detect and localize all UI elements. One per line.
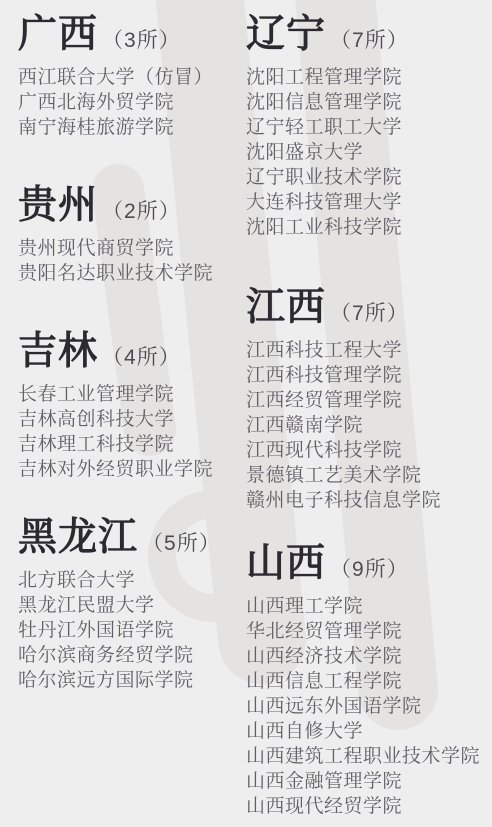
fake-universities-page: 广西（3所）西江联合大学（仿冒）广西北海外贸学院南宁海桂旅游学院贵州（2所）贵州… [0, 0, 492, 827]
province-count: （9所） [330, 547, 409, 592]
school-item: 景德镇工艺美术学院 [246, 463, 490, 488]
school-item: 沈阳工程管理学院 [246, 65, 490, 90]
school-item: 长春工业管理学院 [18, 382, 240, 407]
province-section: 吉林（4所）长春工业管理学院吉林高创科技大学吉林理工科技学院吉林对外经贸职业学院 [18, 329, 240, 482]
province-name: 吉林 [18, 329, 98, 374]
school-list: 贵州现代商贸学院贵阳名达职业技术学院 [18, 236, 240, 286]
school-item: 南宁海桂旅游学院 [18, 115, 240, 140]
school-item: 山西现代经贸学院 [246, 794, 490, 819]
province-section: 山西（9所）山西理工学院华北经贸管理学院山西经济技术学院山西信息工程学院山西远东… [246, 541, 490, 819]
school-item: 沈阳盛京大学 [246, 140, 490, 165]
school-item: 西江联合大学（仿冒） [18, 65, 240, 90]
school-list: 长春工业管理学院吉林高创科技大学吉林理工科技学院吉林对外经贸职业学院 [18, 382, 240, 482]
province-count: （7所） [330, 291, 409, 336]
school-item: 山西建筑工程职业技术学院 [246, 744, 490, 769]
school-item: 北方联合大学 [18, 568, 240, 593]
school-list: 北方联合大学黑龙江民盟大学牡丹江外国语学院哈尔滨商务经贸学院哈尔滨远方国际学院 [18, 568, 240, 693]
column-left: 广西（3所）西江联合大学（仿冒）广西北海外贸学院南宁海桂旅游学院贵州（2所）贵州… [18, 12, 240, 693]
province-section: 贵州（2所）贵州现代商贸学院贵阳名达职业技术学院 [18, 183, 240, 286]
school-item: 山西金融管理学院 [246, 769, 490, 794]
school-item: 吉林理工科技学院 [18, 432, 240, 457]
school-item: 山西理工学院 [246, 594, 490, 619]
province-count: （2所） [102, 189, 181, 234]
school-item: 大连科技管理大学 [246, 190, 490, 215]
school-item: 牡丹江外国语学院 [18, 618, 240, 643]
school-item: 沈阳信息管理学院 [246, 90, 490, 115]
school-list: 江西科技工程大学江西科技管理学院江西经贸管理学院江西赣南学院江西现代科技学院景德… [246, 338, 490, 513]
province-section: 江西（7所）江西科技工程大学江西科技管理学院江西经贸管理学院江西赣南学院江西现代… [246, 285, 490, 513]
province-section: 辽宁（7所）沈阳工程管理学院沈阳信息管理学院辽宁轻工职工大学沈阳盛京大学辽宁职业… [246, 12, 490, 240]
province-name: 辽宁 [246, 12, 326, 57]
province-header: 江西（7所） [246, 285, 490, 330]
province-count: （7所） [330, 18, 409, 63]
school-item: 黑龙江民盟大学 [18, 593, 240, 618]
province-name: 江西 [246, 285, 326, 330]
school-item: 江西现代科技学院 [246, 438, 490, 463]
school-item: 山西信息工程学院 [246, 669, 490, 694]
school-item: 山西自修大学 [246, 719, 490, 744]
school-item: 江西科技工程大学 [246, 338, 490, 363]
province-name: 山西 [246, 541, 326, 586]
school-item: 沈阳工业科技学院 [246, 215, 490, 240]
province-name: 贵州 [18, 183, 98, 228]
school-item: 辽宁轻工职工大学 [246, 115, 490, 140]
province-header: 广西（3所） [18, 12, 240, 57]
school-item: 广西北海外贸学院 [18, 90, 240, 115]
school-list: 西江联合大学（仿冒）广西北海外贸学院南宁海桂旅游学院 [18, 65, 240, 140]
school-list: 山西理工学院华北经贸管理学院山西经济技术学院山西信息工程学院山西远东外国语学院山… [246, 594, 490, 819]
province-count: （3所） [102, 18, 181, 63]
province-count: （5所） [142, 521, 221, 566]
school-item: 辽宁职业技术学院 [246, 165, 490, 190]
province-name: 黑龙江 [18, 515, 138, 560]
province-header: 贵州（2所） [18, 183, 240, 228]
school-item: 山西远东外国语学院 [246, 694, 490, 719]
school-item: 江西科技管理学院 [246, 363, 490, 388]
province-header: 辽宁（7所） [246, 12, 490, 57]
school-list: 沈阳工程管理学院沈阳信息管理学院辽宁轻工职工大学沈阳盛京大学辽宁职业技术学院大连… [246, 65, 490, 240]
school-item: 华北经贸管理学院 [246, 619, 490, 644]
province-name: 广西 [18, 12, 98, 57]
school-item: 赣州电子科技信息学院 [246, 488, 490, 513]
column-right: 辽宁（7所）沈阳工程管理学院沈阳信息管理学院辽宁轻工职工大学沈阳盛京大学辽宁职业… [246, 12, 490, 819]
province-section: 广西（3所）西江联合大学（仿冒）广西北海外贸学院南宁海桂旅游学院 [18, 12, 240, 140]
school-item: 贵州现代商贸学院 [18, 236, 240, 261]
school-item: 江西赣南学院 [246, 413, 490, 438]
school-item: 江西经贸管理学院 [246, 388, 490, 413]
school-item: 贵阳名达职业技术学院 [18, 261, 240, 286]
school-item: 吉林对外经贸职业学院 [18, 457, 240, 482]
province-header: 吉林（4所） [18, 329, 240, 374]
school-item: 哈尔滨远方国际学院 [18, 668, 240, 693]
province-count: （4所） [102, 335, 181, 380]
province-header: 山西（9所） [246, 541, 490, 586]
school-item: 吉林高创科技大学 [18, 407, 240, 432]
columns-container: 广西（3所）西江联合大学（仿冒）广西北海外贸学院南宁海桂旅游学院贵州（2所）贵州… [0, 0, 492, 827]
province-section: 黑龙江（5所）北方联合大学黑龙江民盟大学牡丹江外国语学院哈尔滨商务经贸学院哈尔滨… [18, 515, 240, 693]
province-header: 黑龙江（5所） [18, 515, 240, 560]
school-item: 山西经济技术学院 [246, 644, 490, 669]
school-item: 哈尔滨商务经贸学院 [18, 643, 240, 668]
